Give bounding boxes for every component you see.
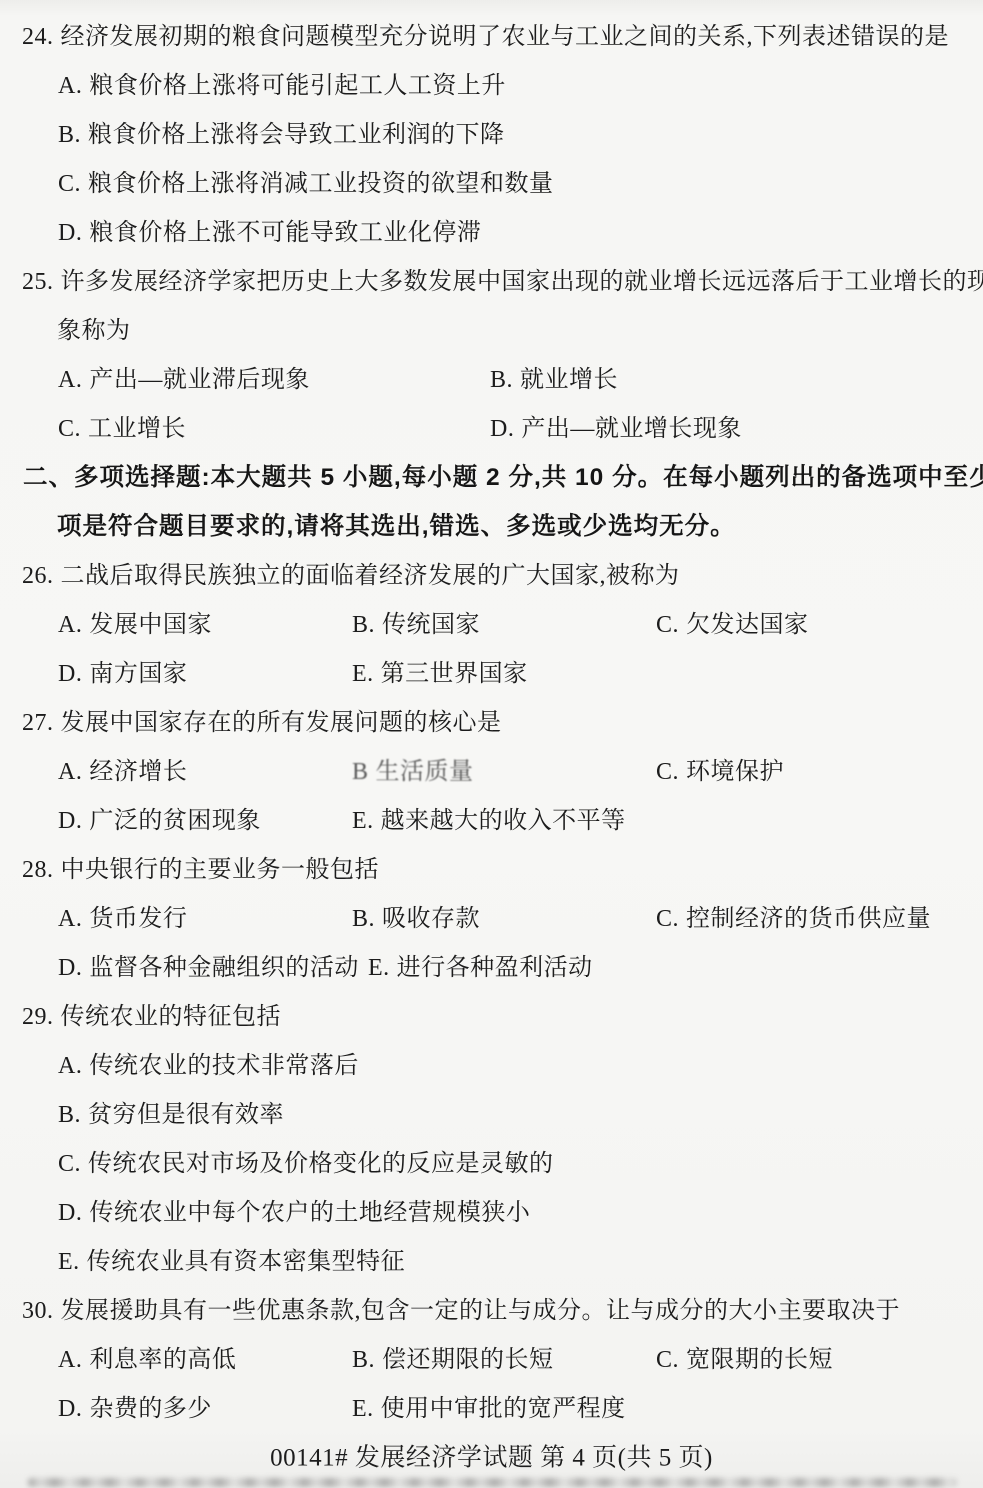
q28-options-row-abc: A. 货币发行 B. 吸收存款 C. 控制经济的货币供应量	[0, 894, 983, 943]
question-24-text: 经济发展初期的粮食问题模型充分说明了农业与工业之间的关系,下列表述错误的是	[61, 25, 950, 49]
option-text: 使用中审批的宽严程度	[381, 1397, 626, 1421]
option-text: 监督各种金融组织的活动	[89, 956, 359, 980]
question-26-text: 二战后取得民族独立的面临着经济发展的广大国家,被称为	[61, 564, 680, 588]
option-label: D.	[58, 1201, 82, 1225]
option-text: 粮食价格上涨不可能导致工业化停滞	[89, 221, 481, 245]
q29-option-c-row: C. 传统农民对市场及价格变化的反应是灵敏的	[0, 1139, 983, 1188]
question-29-stem-row: 29. 传统农业的特征包括	[0, 992, 983, 1041]
option-label: D.	[490, 417, 514, 441]
question-26-stem-row: 26. 二战后取得民族独立的面临着经济发展的广大国家,被称为	[0, 551, 983, 600]
option-text: 传统农业具有资本密集型特征	[87, 1250, 406, 1274]
option-label: A.	[58, 613, 82, 637]
option-q30-e: E. 使用中审批的宽严程度	[352, 1397, 626, 1421]
option-label: B.	[352, 907, 375, 931]
option-label: D.	[58, 1397, 82, 1421]
section-2-header-row2: 项是符合题目要求的,请将其选出,错选、多选或少选均无分。	[0, 502, 983, 551]
q27-options-row-de: D. 广泛的贫困现象 E. 越来越大的收入不平等	[0, 796, 983, 845]
option-text: 环境保护	[686, 760, 784, 784]
option-text: 控制经济的货币供应量	[686, 907, 931, 931]
question-29-stem: 29. 传统农业的特征包括	[22, 1005, 281, 1029]
option-label: E.	[352, 662, 374, 686]
option-text: 吸收存款	[382, 907, 480, 931]
question-30-number: 30.	[22, 1299, 54, 1323]
question-25-stem-row2: 象称为	[0, 306, 983, 355]
page-footer: 00141# 发展经济学试题 第 4 页(共 5 页)	[270, 1445, 713, 1470]
option-q25-a: A. 产出—就业滞后现象	[58, 368, 310, 392]
question-27-stem: 27. 发展中国家存在的所有发展问题的核心是	[22, 711, 502, 735]
option-q24-b: B. 粮食价格上涨将会导致工业利润的下降	[58, 123, 505, 147]
option-text: 传统国家	[382, 613, 480, 637]
option-text: 工业增长	[88, 417, 186, 441]
option-text: 粮食价格上涨将可能引起工人工资上升	[89, 74, 506, 98]
option-text: 杂费的多少	[89, 1397, 212, 1421]
question-30-stem: 30. 发展援助具有一些优惠条款,包含一定的让与成分。让与成分的大小主要取决于	[22, 1299, 900, 1323]
page-footer-row: 00141# 发展经济学试题 第 4 页(共 5 页)	[0, 1433, 983, 1482]
option-text: 传统农业的技术非常落后	[89, 1054, 359, 1078]
q29-option-b-row: B. 贫穷但是很有效率	[0, 1090, 983, 1139]
option-label: C.	[656, 760, 679, 784]
section-2-header-row1: 二、多项选择题:本大题共 5 小题,每小题 2 分,共 10 分。在每小题列出的…	[0, 453, 983, 502]
option-q26-d: D. 南方国家	[58, 662, 187, 686]
question-24-stem-row: 24. 经济发展初期的粮食问题模型充分说明了农业与工业之间的关系,下列表述错误的…	[0, 12, 983, 61]
option-text: 偿还期限的长短	[382, 1348, 554, 1372]
option-label: D.	[58, 956, 82, 980]
question-30-text: 发展援助具有一些优惠条款,包含一定的让与成分。让与成分的大小主要取决于	[61, 1299, 901, 1323]
option-label: A.	[58, 1348, 82, 1372]
option-text: 粮食价格上涨将会导致工业利润的下降	[88, 123, 505, 147]
question-28-text: 中央银行的主要业务一般包括	[61, 858, 380, 882]
option-q29-a: A. 传统农业的技术非常落后	[58, 1054, 359, 1078]
option-label: C.	[656, 907, 679, 931]
q27-options-row-abc: A. 经济增长 B 生活质量 C. 环境保护	[0, 747, 983, 796]
option-label: D.	[58, 662, 82, 686]
option-q30-a: A. 利息率的高低	[58, 1348, 236, 1372]
option-text: 欠发达国家	[686, 613, 809, 637]
q28-options-row-de: D. 监督各种金融组织的活动 E. 进行各种盈利活动	[0, 943, 983, 992]
option-text: 进行各种盈利活动	[397, 956, 593, 980]
question-27-text: 发展中国家存在的所有发展问题的核心是	[61, 711, 502, 735]
option-q28-d: D. 监督各种金融组织的活动	[58, 956, 359, 980]
option-q28-a: A. 货币发行	[58, 907, 187, 931]
option-label: C.	[656, 1348, 679, 1372]
option-label: D.	[58, 221, 82, 245]
option-label: B.	[352, 613, 375, 637]
option-text: 传统农民对市场及价格变化的反应是灵敏的	[88, 1152, 554, 1176]
option-q24-c: C. 粮食价格上涨将消减工业投资的欲望和数量	[58, 172, 554, 196]
option-text: 贫穷但是很有效率	[88, 1103, 284, 1127]
option-label: A.	[58, 1054, 82, 1078]
option-q28-c: C. 控制经济的货币供应量	[656, 907, 931, 931]
q25-options-row-cd: C. 工业增长 D. 产出—就业增长现象	[0, 404, 983, 453]
question-29-number: 29.	[22, 1005, 54, 1029]
option-label: B.	[58, 1103, 81, 1127]
option-q30-b: B. 偿还期限的长短	[352, 1348, 554, 1372]
question-29-text: 传统农业的特征包括	[61, 1005, 282, 1029]
option-q29-e: E. 传统农业具有资本密集型特征	[58, 1250, 405, 1274]
question-25-stem-row: 25. 许多发展经济学家把历史上大多数发展中国家出现的就业增长远远落后于工业增长…	[0, 257, 983, 306]
question-30-stem-row: 30. 发展援助具有一些优惠条款,包含一定的让与成分。让与成分的大小主要取决于	[0, 1286, 983, 1335]
q29-option-d-row: D. 传统农业中每个农户的土地经营规模狭小	[0, 1188, 983, 1237]
option-q24-a: A. 粮食价格上涨将可能引起工人工资上升	[58, 74, 506, 98]
option-text: 生活质量	[376, 760, 474, 784]
option-label: A.	[58, 907, 82, 931]
option-q26-b: B. 传统国家	[352, 613, 480, 637]
option-text: 广泛的贫困现象	[89, 809, 261, 833]
option-q27-a: A. 经济增长	[58, 760, 187, 784]
q24-option-d-row: D. 粮食价格上涨不可能导致工业化停滞	[0, 208, 983, 257]
option-q30-d: D. 杂费的多少	[58, 1397, 212, 1421]
question-26-stem: 26. 二战后取得民族独立的面临着经济发展的广大国家,被称为	[22, 564, 680, 588]
option-label: C.	[58, 1152, 81, 1176]
option-q28-b: B. 吸收存款	[352, 907, 480, 931]
question-28-stem-row: 28. 中央银行的主要业务一般包括	[0, 845, 983, 894]
option-q27-b: B 生活质量	[352, 760, 474, 784]
option-text: 粮食价格上涨将消减工业投资的欲望和数量	[88, 172, 554, 196]
option-q25-b: B. 就业增长	[490, 368, 618, 392]
option-q27-d: D. 广泛的贫困现象	[58, 809, 261, 833]
option-q29-d: D. 传统农业中每个农户的土地经营规模狭小	[58, 1201, 530, 1225]
option-text: 产出—就业滞后现象	[89, 368, 310, 392]
q26-options-row-de: D. 南方国家 E. 第三世界国家	[0, 649, 983, 698]
option-text: 发展中国家	[89, 613, 212, 637]
option-text: 产出—就业增长现象	[521, 417, 742, 441]
q30-options-row-abc: A. 利息率的高低 B. 偿还期限的长短 C. 宽限期的长短	[0, 1335, 983, 1384]
option-q26-e: E. 第三世界国家	[352, 662, 528, 686]
q24-option-c-row: C. 粮食价格上涨将消减工业投资的欲望和数量	[0, 159, 983, 208]
option-q29-c: C. 传统农民对市场及价格变化的反应是灵敏的	[58, 1152, 554, 1176]
option-label: E.	[352, 1397, 374, 1421]
question-25-stem: 25. 许多发展经济学家把历史上大多数发展中国家出现的就业增长远远落后于工业增长…	[22, 270, 983, 294]
q26-options-row-abc: A. 发展中国家 B. 传统国家 C. 欠发达国家	[0, 600, 983, 649]
option-text: 就业增长	[520, 368, 618, 392]
question-25-text-line1: 许多发展经济学家把历史上大多数发展中国家出现的就业增长远远落后于工业增长的现	[61, 270, 983, 294]
question-27-stem-row: 27. 发展中国家存在的所有发展问题的核心是	[0, 698, 983, 747]
bottom-scan-artifact	[28, 1478, 957, 1487]
option-label: A.	[58, 760, 82, 784]
question-28-stem: 28. 中央银行的主要业务一般包括	[22, 858, 379, 882]
exam-paper-page: 24. 经济发展初期的粮食问题模型充分说明了农业与工业之间的关系,下列表述错误的…	[0, 0, 983, 1488]
option-q30-c: C. 宽限期的长短	[656, 1348, 833, 1372]
option-text: 越来越大的收入不平等	[381, 809, 626, 833]
option-label: A.	[58, 368, 82, 392]
option-text: 利息率的高低	[89, 1348, 236, 1372]
option-label: A.	[58, 74, 82, 98]
option-q28-e: E. 进行各种盈利活动	[368, 956, 593, 980]
option-label: E.	[58, 1250, 80, 1274]
section-2-header-line1: 二、多项选择题:本大题共 5 小题,每小题 2 分,共 10 分。在每小题列出的…	[23, 465, 983, 490]
question-24-stem: 24. 经济发展初期的粮食问题模型充分说明了农业与工业之间的关系,下列表述错误的…	[22, 25, 949, 49]
q29-option-a-row: A. 传统农业的技术非常落后	[0, 1041, 983, 1090]
q30-options-row-de: D. 杂费的多少 E. 使用中审批的宽严程度	[0, 1384, 983, 1433]
question-25-text-line2: 象称为	[57, 319, 131, 343]
option-label: E.	[368, 956, 390, 980]
q24-option-a-row: A. 粮食价格上涨将可能引起工人工资上升	[0, 61, 983, 110]
option-q25-c: C. 工业增长	[58, 417, 186, 441]
section-2-header-line2: 项是符合题目要求的,请将其选出,错选、多选或少选均无分。	[57, 514, 736, 539]
option-q26-c: C. 欠发达国家	[656, 613, 809, 637]
option-q26-a: A. 发展中国家	[58, 613, 212, 637]
option-text: 宽限期的长短	[686, 1348, 833, 1372]
option-text: 经济增长	[89, 760, 187, 784]
option-label: C.	[656, 613, 679, 637]
question-27-number: 27.	[22, 711, 54, 735]
option-label: B.	[352, 1348, 375, 1372]
option-label: E.	[352, 809, 374, 833]
option-text: 货币发行	[89, 907, 187, 931]
question-28-number: 28.	[22, 858, 54, 882]
option-q27-c: C. 环境保护	[656, 760, 784, 784]
option-text: 第三世界国家	[381, 662, 528, 686]
option-label: B	[352, 760, 369, 784]
option-text: 南方国家	[89, 662, 187, 686]
option-q27-e: E. 越来越大的收入不平等	[352, 809, 626, 833]
question-24-number: 24.	[22, 25, 54, 49]
option-text: 传统农业中每个农户的土地经营规模狭小	[89, 1201, 530, 1225]
question-25-number: 25.	[22, 270, 54, 294]
option-q25-d: D. 产出—就业增长现象	[490, 417, 742, 441]
option-label: C.	[58, 172, 81, 196]
option-label: B.	[58, 123, 81, 147]
option-q24-d: D. 粮食价格上涨不可能导致工业化停滞	[58, 221, 481, 245]
q29-option-e-row: E. 传统农业具有资本密集型特征	[0, 1237, 983, 1286]
q24-option-b-row: B. 粮食价格上涨将会导致工业利润的下降	[0, 110, 983, 159]
option-q29-b: B. 贫穷但是很有效率	[58, 1103, 284, 1127]
question-26-number: 26.	[22, 564, 54, 588]
option-label: D.	[58, 809, 82, 833]
option-label: B.	[490, 368, 513, 392]
option-label: C.	[58, 417, 81, 441]
q25-options-row-ab: A. 产出—就业滞后现象 B. 就业增长	[0, 355, 983, 404]
